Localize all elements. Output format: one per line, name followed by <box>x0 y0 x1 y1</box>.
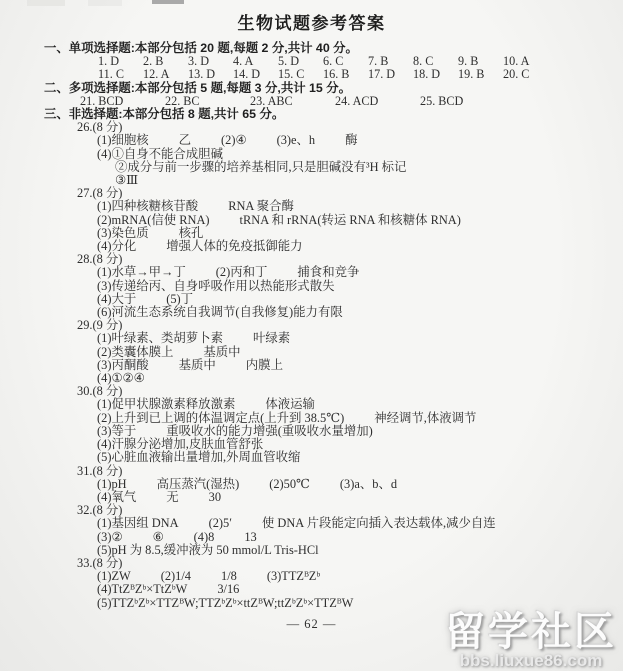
answer-segment: 酶 <box>345 134 357 147</box>
answer-segment: 13 <box>244 531 256 544</box>
answer-segment: 使 DNA 片段能定向插入表达载体,减少自连 <box>262 517 496 530</box>
answer-line: (5)pH 为 8.5,缓冲液为 50 mmol/L Tris-HCl <box>97 544 623 557</box>
answer-segment: 无 <box>166 491 178 504</box>
answer-item: 11. C <box>98 68 143 81</box>
section3-header: 三、非选择题:本部分包括 8 题,共计 65 分。 <box>44 108 623 121</box>
answer-segment: (1)促甲状腺激素释放激素 <box>97 398 235 411</box>
single-choice-row-2: 11. C12. A13. D14. D15. C16. B17. D18. D… <box>98 68 623 81</box>
answer-item: 15. C <box>278 68 323 81</box>
answer-segment: (4)①自身不能合成胆碱 <box>97 148 223 161</box>
question-block: 28.(8 分)(1)水草→甲→丁(2)丙和丁捕食和竞争(3)传递给丙、自身呼吸… <box>0 253 623 319</box>
answer-segment: (3)传递给丙、自身呼吸作用以热能形式散失 <box>97 280 334 293</box>
answer-line: (3)传递给丙、自身呼吸作用以热能形式散失 <box>97 280 623 293</box>
answer-segment: (5)TTZᵇZᵇ×TTZᴮW;TTZᵇZᵇ×ttZᴮW;ttZᵇZᵇ×TTZᴮ… <box>97 597 353 610</box>
answer-segment: 3/16 <box>217 583 239 596</box>
answer-segment: (2)丙和丁 <box>216 266 268 279</box>
scan-artifact-bar <box>152 0 184 4</box>
watermark-logo: 留学社区 <box>445 611 617 653</box>
question-number: 31.(8 分) <box>77 465 623 478</box>
answer-item: 18. D <box>413 68 458 81</box>
answer-line: (4)分化增强人体的免疫抵御能力 <box>97 240 623 253</box>
answer-segment: 30 <box>209 491 221 504</box>
answer-line: (4)TtZᴮZᵇ×TtZᵇW3/16 <box>97 583 623 596</box>
section2-header: 二、多项选择题:本部分包括 5 题,每题 3 分,共计 15 分。 <box>44 82 623 95</box>
answer-segment: (4)TtZᴮZᵇ×TtZᵇW <box>97 583 187 596</box>
single-choice-row-1: 1. D2. B3. D4. A5. D6. C7. B8. C9. B10. … <box>98 55 623 68</box>
answer-segment: (2)④ <box>221 134 247 147</box>
answer-segment: tRNA 和 rRNA(转运 RNA 和核糖体 RNA) <box>240 214 461 227</box>
watermark-url: bbs.liuxue86.com <box>445 652 617 669</box>
answer-line: (1)pH高压蒸汽(湿热)(2)50℃(3)a、b、d <box>97 478 623 491</box>
answer-line: (5)心脏血液输出量增加,外周血管收缩 <box>97 451 623 464</box>
questions-area: 26.(8 分)(1)细胞核乙(2)④(3)e、h酶(4)①自身不能合成胆碱②成… <box>0 121 623 610</box>
answer-item: 13. D <box>188 68 233 81</box>
answer-line: (4)氧气无30 <box>97 491 623 504</box>
answer-line: (5)TTZᵇZᵇ×TTZᴮW;TTZᵇZᵇ×ttZᴮW;ttZᵇZᵇ×TTZᴮ… <box>97 597 623 610</box>
answer-line: (1)水草→甲→丁(2)丙和丁捕食和竞争 <box>97 266 623 279</box>
answer-segment: (3)② <box>97 531 123 544</box>
question-block: 30.(8 分)(1)促甲状腺激素释放激素体液运输(2)上升到已上调的体温调定点… <box>0 385 623 464</box>
answer-segment: (5)心脏血液输出量增加,外周血管收缩 <box>97 451 300 464</box>
answer-line: (3)丙酮酸基质中内膜上 <box>97 359 623 372</box>
answer-segment: (1)叶绿素、类胡萝卜素 <box>97 332 223 345</box>
answer-segment: (2)上升到已上调的体温调定点(上升到 38.5℃) <box>97 412 344 425</box>
answer-segment: ⑥ <box>153 531 164 544</box>
answer-item: 20. C <box>503 68 548 81</box>
question-block: 33.(8 分)(1)ZW(2)1/41/8(3)TTZᴮZᵇ(4)TtZᴮZᵇ… <box>0 557 623 610</box>
answer-line: (4)①自身不能合成胆碱 <box>97 148 623 161</box>
answer-segment: (2)5′ <box>209 517 232 530</box>
answer-segment: (1)基因组 DNA <box>97 517 179 530</box>
question-block: 32.(8 分)(1)基因组 DNA(2)5′使 DNA 片段能定向插入表达载体… <box>0 504 623 557</box>
answer-segment: 基质中 <box>203 346 240 359</box>
answer-segment: (1)pH <box>97 478 127 491</box>
scan-artifact <box>27 0 65 6</box>
answer-segment: RNA 聚合酶 <box>228 200 294 213</box>
answer-item: 17. D <box>368 68 413 81</box>
answer-segment: (2)mRNA(信使 RNA) <box>97 214 210 227</box>
answer-segment: (1)水草→甲→丁 <box>97 266 186 279</box>
answer-item: 19. B <box>458 68 503 81</box>
answer-segment: ②成分与前一步骤的培养基相同,只是胆碱没有³H 标记 <box>115 161 406 174</box>
answer-segment: 高压蒸汽(湿热) <box>157 478 240 491</box>
watermark: 留学社区 bbs.liuxue86.com <box>445 611 617 669</box>
answer-line: (1)细胞核乙(2)④(3)e、h酶 <box>97 134 623 147</box>
answer-segment: (3)e、h <box>277 134 316 147</box>
answer-segment: (5)pH 为 8.5,缓冲液为 50 mmol/L Tris-HCl <box>97 544 319 557</box>
question-block: 29.(9 分)(1)叶绿素、类胡萝卜素叶绿素(2)类囊体膜上基质中(3)丙酮酸… <box>0 319 623 385</box>
answer-segment: (3)a、b、d <box>340 478 397 491</box>
answer-line: (6)河流生态系统自我调节(自我修复)能力有限 <box>97 306 623 319</box>
answer-item: 25. BCD <box>420 95 505 108</box>
question-block: 31.(8 分)(1)pH高压蒸汽(湿热)(2)50℃(3)a、b、d(4)氧气… <box>0 465 623 505</box>
answer-line: (1)促甲状腺激素释放激素体液运输 <box>97 398 623 411</box>
answer-segment: (4)8 <box>194 531 215 544</box>
question-number: 33.(8 分) <box>77 557 623 570</box>
answer-item: 14. D <box>233 68 278 81</box>
answer-segment: 基质中 <box>179 359 216 372</box>
answer-line: (2)类囊体膜上基质中 <box>97 346 623 359</box>
answer-line: ③Ⅲ <box>115 174 623 187</box>
answer-segment: 捕食和竞争 <box>297 266 359 279</box>
answer-line: (2)mRNA(信使 RNA)tRNA 和 rRNA(转运 RNA 和核糖体 R… <box>97 214 623 227</box>
answer-line: (1)叶绿素、类胡萝卜素叶绿素 <box>97 332 623 345</box>
answer-line: (3)②⑥(4)813 <box>97 531 623 544</box>
answer-segment: (1)细胞核 <box>97 134 149 147</box>
answer-line: (1)基因组 DNA(2)5′使 DNA 片段能定向插入表达载体,减少自连 <box>97 517 623 530</box>
answer-item: 16. B <box>323 68 368 81</box>
scan-artifact <box>88 0 122 6</box>
answer-line: (1)四种核糖核苷酸RNA 聚合酶 <box>97 200 623 213</box>
answer-segment: 乙 <box>179 134 191 147</box>
document-page: 生物试题参考答案 一、单项选择题:本部分包括 20 题,每题 2 分,共计 40… <box>0 0 623 671</box>
answer-segment: 内膜上 <box>246 359 283 372</box>
question-block: 27.(8 分)(1)四种核糖核苷酸RNA 聚合酶(2)mRNA(信使 RNA)… <box>0 187 623 253</box>
answer-segment: 叶绿素 <box>253 332 290 345</box>
answer-item: 12. A <box>143 68 188 81</box>
question-block: 26.(8 分)(1)细胞核乙(2)④(3)e、h酶(4)①自身不能合成胆碱②成… <box>0 121 623 187</box>
answer-segment: (3)TTZᴮZᵇ <box>267 570 320 583</box>
answer-segment: (2)类囊体膜上 <box>97 346 173 359</box>
answer-line: (4)①②④ <box>97 372 623 385</box>
answer-segment: (2)50℃ <box>269 478 310 491</box>
answer-segment: 体液运输 <box>265 398 315 411</box>
answer-segment: (6)河流生态系统自我调节(自我修复)能力有限 <box>97 306 343 319</box>
answer-item: 24. ACD <box>335 95 420 108</box>
answer-segment: 神经调节,体液调节 <box>374 412 476 425</box>
answer-segment: (1)四种核糖核苷酸 <box>97 200 198 213</box>
answer-line: ②成分与前一步骤的培养基相同,只是胆碱没有³H 标记 <box>115 161 623 174</box>
answer-line: (2)上升到已上调的体温调定点(上升到 38.5℃)神经调节,体液调节 <box>97 412 623 425</box>
answer-segment: 增强人体的免疫抵御能力 <box>166 240 302 253</box>
